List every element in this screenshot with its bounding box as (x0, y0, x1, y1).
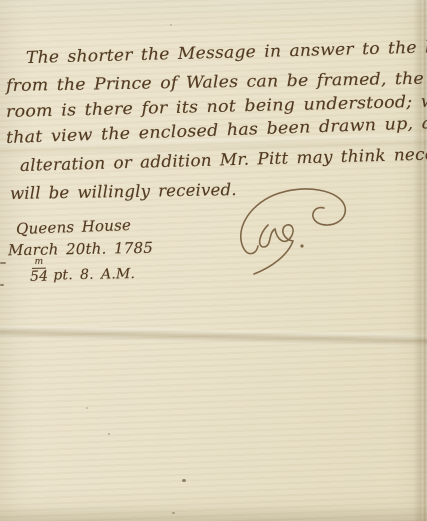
paper-speck (170, 24, 172, 26)
fold-crease-lower (0, 325, 427, 348)
left-edge-mark (0, 262, 6, 264)
time-notation: m 54 pt. 8. A.M. (30, 256, 136, 284)
paper-speck (108, 433, 110, 435)
body-line-6: will be willingly received. (10, 180, 237, 203)
paper-speck (182, 479, 186, 482)
letter-page: The shorter the Message in answer to the… (0, 0, 427, 521)
signature-gr-monogram (228, 183, 373, 282)
left-edge-mark (0, 284, 4, 286)
body-line-2: from the Prince of Wales can be framed, … (6, 68, 427, 95)
paper-speck (86, 407, 88, 409)
body-line-1: The shorter the Message in answer to the… (26, 36, 427, 67)
time-unit: m (32, 258, 47, 269)
paper-speck (172, 512, 175, 514)
minutes-over-unit: m 54 (30, 258, 49, 284)
time-suffix: pt. 8. A.M. (53, 266, 135, 283)
dateline-place: Queens House (16, 216, 132, 238)
time-minutes: 54 (30, 269, 48, 284)
body-line-5: alteration or addition Mr. Pitt may thin… (20, 143, 427, 175)
signature-flourish-icon (228, 183, 373, 278)
